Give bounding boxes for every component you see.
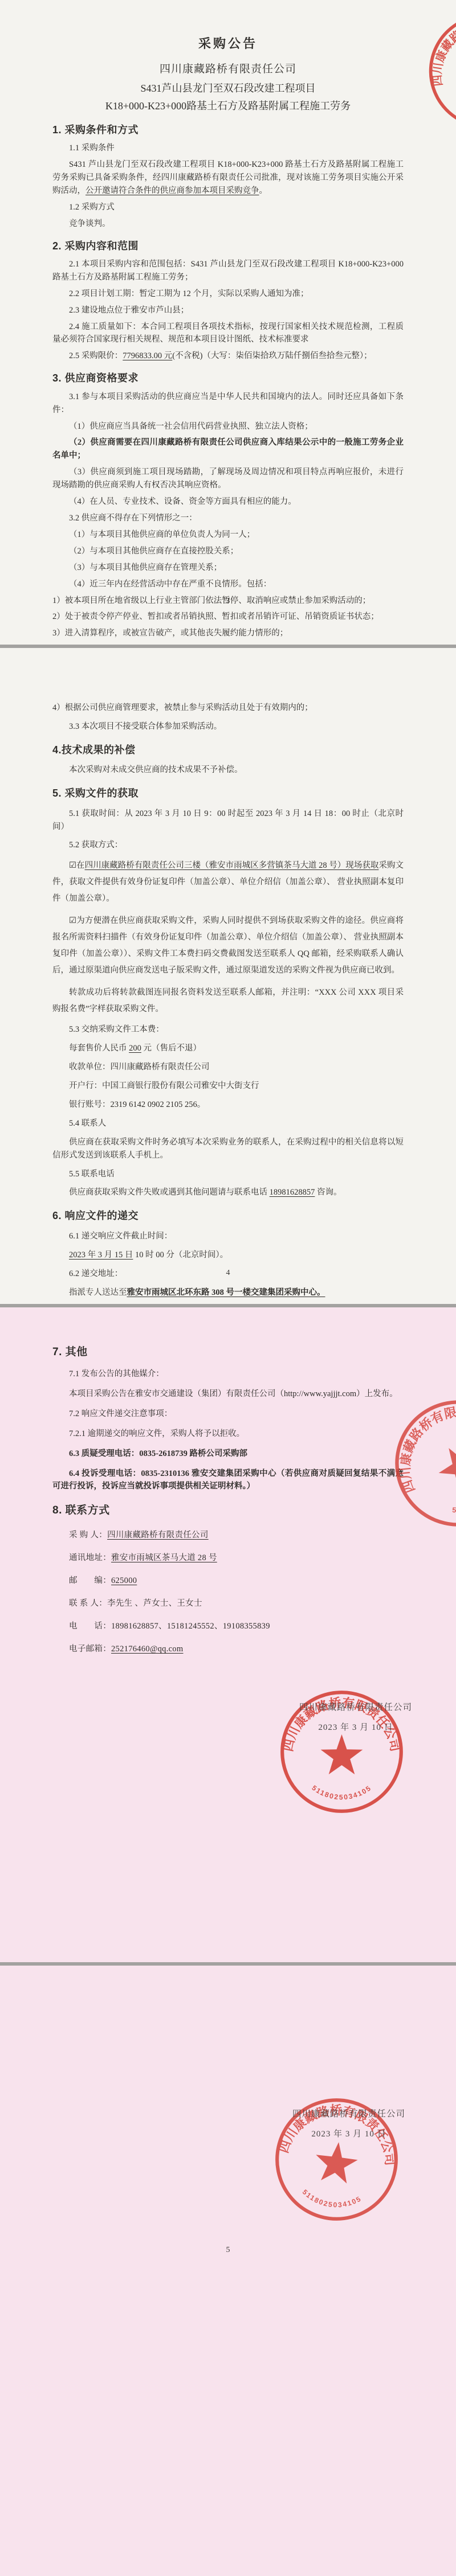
remote-text: 为方便潜在供应商获取采购文件，采购人同时提供不到场获取采购文件的途径。供应商将报… xyxy=(52,916,404,975)
delivery-address: 雅安市雨城区北环东路 308 号一楼交建集团采购中心。 xyxy=(127,1288,325,1297)
payee-line: 收款单位：四川康藏路桥有限责任公司 xyxy=(52,1061,404,1074)
clause-6-1: 6.1 递交响应文件截止时间： xyxy=(52,1230,404,1243)
signature-company: 四川康藏路桥有限责任公司 xyxy=(264,1700,447,1713)
star-icon xyxy=(321,1734,363,1774)
section-3-heading: 3. 供应商资格要求 xyxy=(52,370,404,386)
zip-line: 邮 编：625000 xyxy=(52,1574,404,1588)
clause-2-5: 2.5 采购限价：7796833.00 元(不含税)（大写：柒佰柒拾玖万陆仟捌佰… xyxy=(52,350,404,363)
clause-1-1-underlined: 公开邀请符合条件的供应商参加本项目采购竞争 xyxy=(85,186,259,195)
contacts-value: 李先生 、芦女士、王女士 xyxy=(107,1599,202,1608)
clause-5-5-body: 供应商获取采购文件失败或遇到其他问题请与联系电话 18981628857 咨询。 xyxy=(52,1186,404,1199)
fee-amount: 200 xyxy=(129,1044,141,1053)
signature-date: 2023 年 3 月 10 日 xyxy=(264,1721,447,1733)
delivery-address-line: 指派专人送达至雅安市雨城区北环东路 308 号一楼交建集团采购中心。 xyxy=(52,1286,404,1299)
section-7-heading: 7. 其他 xyxy=(52,1344,404,1361)
clause-5-2: 5.2 获取方式： xyxy=(52,839,404,852)
clause-2-2: 2.2 项目计划工期：暂定工期为 12 个月，实际以采购人通知为准； xyxy=(52,288,404,301)
email-line: 电子邮箱：252176460@qq.com xyxy=(52,1643,404,1656)
svg-text:5118025034105: 5118025034105 xyxy=(449,1474,456,1524)
section-6-heading: 6. 响应文件的递交 xyxy=(52,1208,404,1224)
clause-3-1-item-3: （3）供应商须到施工项目现场踏勘，了解现场及周边情况和项目特点再响应报价，未进行… xyxy=(52,466,404,492)
clause-3-2-intro: 3.2 供应商不得存在下列情形之一： xyxy=(52,512,404,525)
deadline-line: 2023 年 3 月 15 日 10 时 00 分（北京时间）。 xyxy=(52,1249,404,1262)
page-4: 四川康藏路桥有限责任公司 2023 年 3 月 10 日 四川康藏路桥有限责任公… xyxy=(0,1966,456,2576)
company-seal-stamp-partial-top: 四川康藏路桥有限责任公司 5118025034105 xyxy=(411,0,456,146)
page-1: 四川康藏路桥有限责任公司 5118025034105 采购公告 四川康藏路桥有限… xyxy=(0,0,456,645)
onsite-address-underlined: 四川康藏路桥有限责任公司三楼（雅安市雨城区多营镇茶马大道 28 号）现场获取 xyxy=(85,861,379,870)
clause-1-2-body: 竞争谈判。 xyxy=(52,218,404,231)
page-number: 4 xyxy=(0,1269,456,1278)
clause-1-1-body: S431 芦山县龙门至双石段改建工程项目 K18+000-K23+000 路基土… xyxy=(52,158,404,198)
star-icon xyxy=(313,2140,360,2185)
section-8-heading: 8. 联系方式 xyxy=(52,1502,404,1519)
clause-5-5: 5.5 联系电话 xyxy=(52,1168,404,1181)
section-4-body: 本次采购对未成交供应商的技术成果不予补偿。 xyxy=(52,764,404,777)
section-1-heading: 1. 采购条件和方式 xyxy=(52,122,404,138)
clause-3-2-item-3: （3）与本项目其他供应商存在管理关系； xyxy=(52,561,404,575)
section-4-heading: 4.技术成果的补偿 xyxy=(52,742,404,758)
clause-5-1: 5.1 获取时间：从 2023 年 3 月 10 日 9：00 时起至 2023… xyxy=(52,807,404,834)
buyer-line: 采 购 人：四川康藏路桥有限责任公司 xyxy=(52,1529,404,1542)
clause-1-1-period: 。 xyxy=(259,186,268,195)
section-5-heading: 5. 采购文件的获取 xyxy=(52,785,404,801)
clause-5-4-body: 供应商在获取采购文件时务必填写本次采购业务的联系人，在采购过程中的相关信息将以短… xyxy=(52,1136,404,1162)
star-icon xyxy=(430,1437,456,1495)
clause-6-4-complaint: 6.4 投诉受理电话：0835-2310136 雅安交建集团采购中心（若供应商对… xyxy=(52,1467,404,1494)
contacts-label: 联 系 人： xyxy=(69,1599,107,1608)
checkbox-checked-icon: ☑ xyxy=(69,861,76,870)
seal-serial: 5118025034105 xyxy=(299,2187,364,2212)
phones-value: 18981628857、15181245552、19108355839 xyxy=(111,1622,270,1631)
email-label: 电子邮箱： xyxy=(69,1644,111,1654)
clause-3-2-item-4: （4）近三年内在经营活动中存在严重不良情形。包括： xyxy=(52,578,404,591)
address-value: 雅安市雨城区茶马大道 28 号 xyxy=(111,1553,217,1562)
fee-pre: 每套售价人民币 xyxy=(69,1044,129,1053)
seal-serial: 5118025034105 xyxy=(449,1474,456,1524)
clause-7-2-1: 7.2.1 逾期递交的响应文件，采购人将予以拒收。 xyxy=(52,1428,404,1441)
hotline-rest: 咨询。 xyxy=(315,1188,341,1197)
email-value: 252176460@qq.com xyxy=(111,1644,184,1654)
clause-3-3: 3.3 本次项目不接受联合体参加采购活动。 xyxy=(52,720,404,733)
clause-3-2-subitem-3: 3）进入清算程序，或被宣告破产，或其他丧失履约能力情形的； xyxy=(52,627,404,640)
phones-line: 电 话：18981628857、15181245552、19108355839 xyxy=(52,1620,404,1633)
clause-3-1-item-1: （1）供应商应当具备统一社会信用代码营业执照、独立法人资格； xyxy=(52,420,404,433)
page-3: 四川康藏路桥有限责任公司 5118025034105 7. 其他 7.1 发布公… xyxy=(0,1307,456,1962)
seal-serial: 5118025034105 xyxy=(311,1784,373,1802)
obtain-option-onsite: ☑在四川康藏路桥有限责任公司三楼（雅安市雨城区多营镇茶马大道 28 号）现场获取… xyxy=(52,858,404,907)
contacts-line: 联 系 人：李先生 、芦女士、王女士 xyxy=(52,1597,404,1610)
clause-3-2-subitem-2: 2）处于被责令停产停业、暂扣或者吊销执照、暂扣或者吊销许可证、吊销资质证书状态； xyxy=(52,610,404,624)
page-number: 5 xyxy=(0,2246,456,2255)
clause-3-2-subitem-4: 4）根据公司供应商管理要求，被禁止参与采购活动且处于有效期内的； xyxy=(52,702,404,715)
clause-5-4: 5.4 联系人 xyxy=(52,1117,404,1130)
clause-7-2: 7.2 响应文件递交注意事项： xyxy=(52,1408,404,1421)
clause-6-3-inquiry: 6.3 质疑受理电话：0835-2618739 路桥公司采购部 xyxy=(52,1447,404,1461)
obtain-option-remote: ☑为方便潜在供应商获取采购文件，采购人同时提供不到场获取采购文件的途径。供应商将… xyxy=(52,913,404,979)
deadline-time: 10 时 00 分（北京时间）。 xyxy=(133,1250,228,1260)
clause-3-1-item-2: （2）供应商需要在四川康藏路桥有限责任公司供应商入库结果公示中的一般施工劳务企业… xyxy=(52,436,404,462)
delivery-pre: 指派专人送达至 xyxy=(69,1288,127,1297)
clause-2-1: 2.1 本项目采购内容和范围包括：S431 芦山县龙门至双石段改建工程项目 K1… xyxy=(52,258,404,284)
project-line-2: K18+000-K23+000路基土石方及路基附属工程施工劳务 xyxy=(52,98,404,114)
doc-title: 采购公告 xyxy=(52,34,404,54)
transfer-note: 转款成功后将转款截图连同报名资料发送至联系人邮箱，并注明：“XXX 公司 XXX… xyxy=(52,985,404,1018)
clause-2-4: 2.4 施工质量如下：本合同工程项目各项技术指标，按现行国家相关技术规范检测，工… xyxy=(52,321,404,347)
price-limit-value: 7796833.00 元 xyxy=(123,351,172,360)
svg-text:5118025034105: 5118025034105 xyxy=(299,2187,364,2212)
address-line: 通讯地址：雅安市雨城区茶马大道 28 号 xyxy=(52,1552,404,1565)
clause-2-3: 2.3 建设地点位于雅安市芦山县； xyxy=(52,304,404,317)
svg-text:5118025034105: 5118025034105 xyxy=(311,1784,373,1802)
doc-fee-line: 每套售价人民币 200 元（售后不退） xyxy=(52,1042,404,1055)
clause-1-2-label: 1.2 采购方式 xyxy=(52,201,404,214)
buyer-name: 四川康藏路桥有限责任公司 xyxy=(107,1531,209,1540)
signature-block: 四川康藏路桥有限责任公司 2023 年 3 月 10 日 xyxy=(258,2107,440,2139)
clause-3-2-item-2: （2）与本项目其他供应商存在直接控股关系； xyxy=(52,545,404,558)
clause-7-1-body: 本项目采购公告在雅安市交通建设（集团）有限责任公司（http://www.yaj… xyxy=(52,1388,404,1401)
clause-1-1-label: 1.1 采购条件 xyxy=(52,142,404,155)
clause-7-1: 7.1 发布公告的其他媒介： xyxy=(52,1368,404,1381)
project-line-1: S431芦山县龙门至双石段改建工程项目 xyxy=(52,80,404,96)
page-number: 3 xyxy=(0,597,456,606)
clause-5-3: 5.3 交纳采购文件工本费： xyxy=(52,1023,404,1036)
clause-3-1-intro: 3.1 参与本项目采购活动的供应商应当是中华人民共和国境内的法人。同时还应具备如… xyxy=(52,391,404,417)
clause-3-2-item-1: （1）与本项目其他供应商的单位负责人为同一人； xyxy=(52,528,404,542)
checkbox-checked-icon: ☑ xyxy=(69,916,76,925)
deadline-date: 2023 年 3 月 15 日 xyxy=(69,1250,133,1260)
bank-line: 开户行：中国工商银行股份有限公司雅安中大街支行 xyxy=(52,1080,404,1093)
signature-block: 四川康藏路桥有限责任公司 2023 年 3 月 10 日 xyxy=(264,1700,447,1733)
zip-label: 邮 编： xyxy=(69,1576,111,1585)
price-limit-label: 2.5 采购限价： xyxy=(69,351,123,360)
fee-rest: 元（售后不退） xyxy=(141,1044,201,1053)
signature-company: 四川康藏路桥有限责任公司 xyxy=(258,2107,440,2119)
section-2-heading: 2. 采购内容和范围 xyxy=(52,238,404,254)
price-limit-words: (不含税)（大写：柒佰柒拾玖万陆仟捌佰叁拾叁元整）； xyxy=(172,351,372,360)
onsite-pre: 在 xyxy=(76,861,85,870)
buyer-label: 采 购 人： xyxy=(69,1531,107,1540)
phones-label: 电 话： xyxy=(69,1622,111,1631)
org-name: 四川康藏路桥有限责任公司 xyxy=(52,61,404,78)
hotline-number: 18981628857 xyxy=(270,1188,315,1197)
clause-3-1-item-4: （4）在人员、专业技术、设备、资金等方面具有相应的能力。 xyxy=(52,495,404,508)
zip-value: 625000 xyxy=(111,1576,137,1585)
address-label: 通讯地址： xyxy=(69,1553,111,1562)
account-line: 银行账号：2319 6142 0902 2105 256。 xyxy=(52,1098,404,1111)
hotline-pre: 供应商获取采购文件失败或遇到其他问题请与联系电话 xyxy=(69,1188,270,1197)
page-2: 4）根据公司供应商管理要求，被禁止参与采购活动且处于有效期内的； 3.3 本次项… xyxy=(0,648,456,1304)
signature-date: 2023 年 3 月 10 日 xyxy=(258,2127,440,2139)
